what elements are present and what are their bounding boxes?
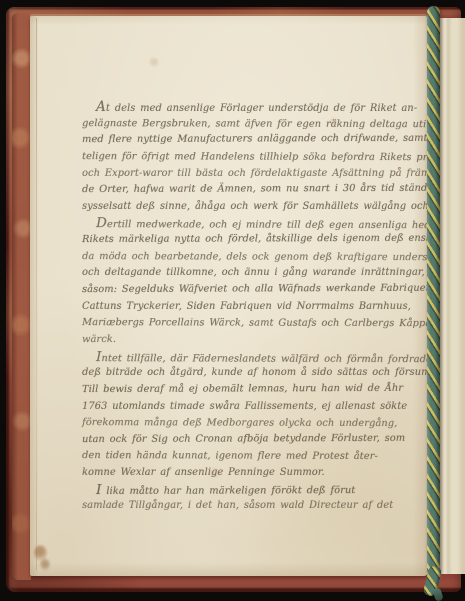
- manuscript-line: At dels med ansenlige Förlager understöd…: [82, 99, 422, 116]
- handwritten-text: At dels med ansenlige Förlager understöd…: [82, 99, 422, 515]
- manuscript-line: wärck.: [82, 331, 422, 349]
- manuscript-line: med flere nyttige Manufacturers anläggan…: [82, 131, 422, 149]
- foxing-spot: [210, 468, 220, 477]
- manuscript-line: de Orter, hafwa warit de Ämnen, som nu s…: [82, 181, 422, 199]
- manuscript-line: da möda och bearbetande, dels ock genom …: [82, 249, 422, 267]
- manuscript-line: Cattuns Tryckerier, Siden Fabriquen vid …: [82, 299, 422, 316]
- manuscript-line: teligen för öfrigt med Handelens tillhie…: [82, 149, 422, 167]
- foxing-spot: [330, 118, 337, 125]
- manuscript-line: Intet tillfälle, där Fäderneslandets wäl…: [82, 349, 422, 367]
- leather-turnin-strip: [12, 13, 31, 580]
- manuscript-line: och Export-waror till bästa och fördelak…: [82, 166, 422, 183]
- page-edge-line: [36, 18, 37, 570]
- manuscript-line: utan ock för Sig och Cronan afböja betyd…: [82, 431, 422, 449]
- manuscript-line: sysselsatt deß sinne, åhåga och werk för…: [82, 199, 422, 216]
- manuscript-line: såsom: Segelduks Wäfveriet och alla Wäfn…: [82, 281, 422, 299]
- manuscript-line: Rikets märkeliga nytta och fördel, åtski…: [82, 231, 422, 249]
- manuscript-line: deß biträde och åtgärd, kunde af honom å…: [82, 365, 422, 382]
- manuscript-line: den tiden hända kunnat, igenom flere med…: [82, 448, 422, 466]
- manuscript-line: komne Wexlar af ansenlige Penninge Summo…: [82, 465, 422, 482]
- manuscript-line: samlade Tillgångar, i det han, såsom wal…: [82, 498, 422, 515]
- manuscript-line: Till bewis deraf må ej obemält lemnas, h…: [82, 381, 422, 399]
- manuscript-line: 1763 utomlands timade swåra Fallissement…: [82, 399, 422, 416]
- page-stain: [40, 558, 50, 570]
- foxing-spot: [150, 58, 158, 66]
- adjacent-page-edge: [440, 18, 465, 574]
- binding-cord: [427, 6, 440, 576]
- manuscript-line: och deltagande tillkomne, och ännu i gån…: [82, 265, 422, 282]
- manuscript-photo: At dels med ansenlige Förlager understöd…: [0, 0, 465, 601]
- manuscript-line: I lika måtto har han märkeligen förökt d…: [82, 480, 422, 498]
